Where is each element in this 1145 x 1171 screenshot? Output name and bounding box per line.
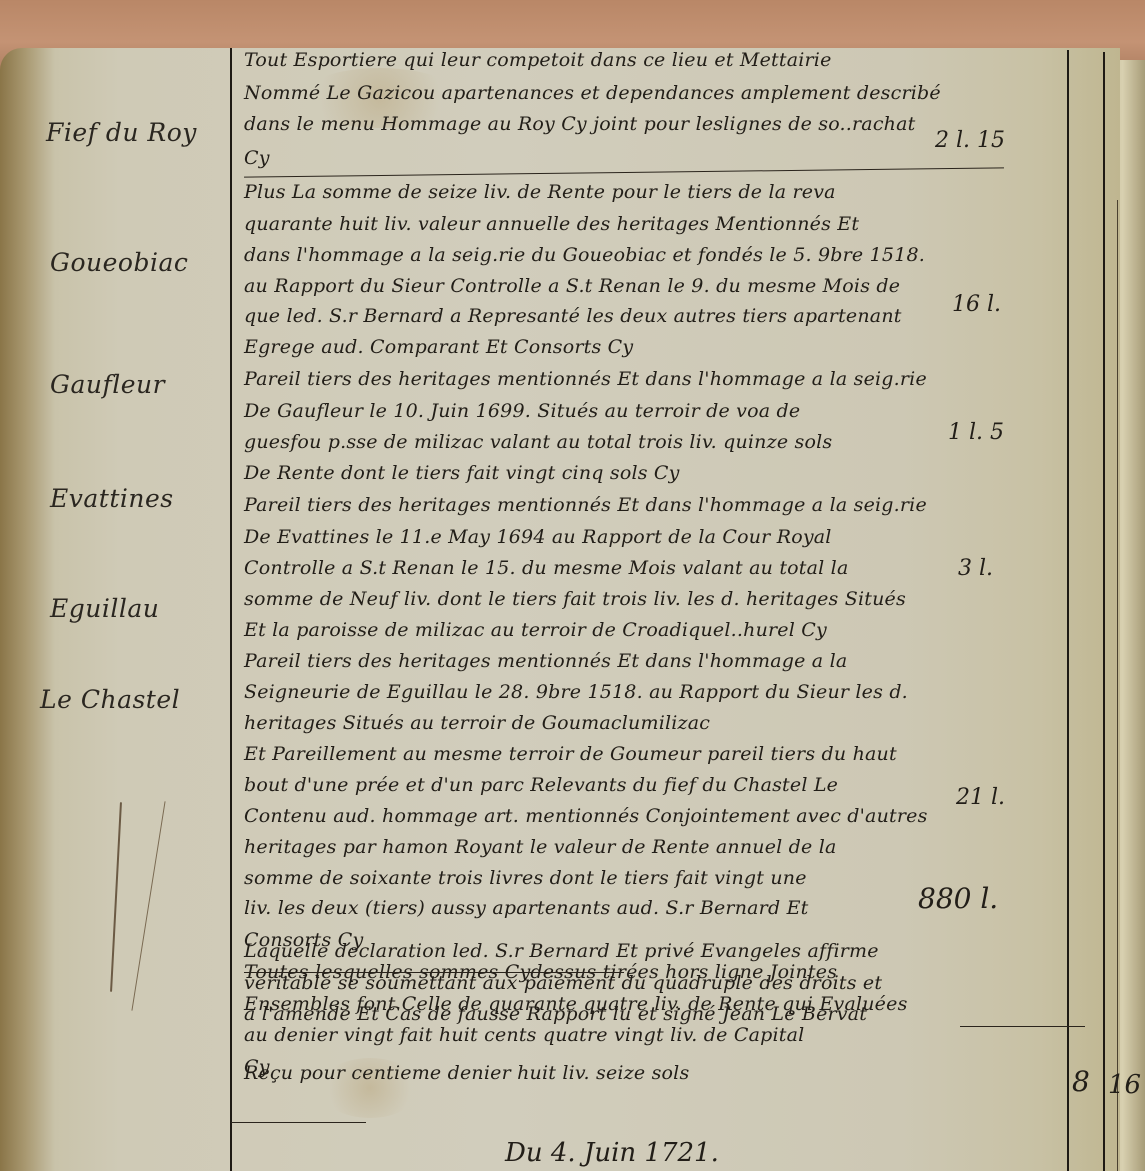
entry-text-line: dans le menu Hommage au Roy Cy joint pou… <box>244 113 915 135</box>
entry-text-line: que led. S.r Bernard a Represanté les de… <box>244 305 902 327</box>
footer-date: Du 4. Juin 1721. <box>505 1138 719 1168</box>
entry-text-line: Egrege aud. Comparant Et Consorts Cy <box>244 336 633 358</box>
entry-text-line: Pareil tiers des heritages mentionnés Et… <box>244 368 927 390</box>
entry-amount: 21 l. <box>956 785 1005 810</box>
entry-text-line: Tout Esportiere qui leur competoit dans … <box>244 49 832 71</box>
sols-total: 16 <box>1108 1070 1141 1100</box>
entry-text-line: Nommé Le Gazicou apartenances et dependa… <box>244 82 941 104</box>
livres-total: 8 <box>1072 1065 1090 1098</box>
entry-text-line: De Rente dont le tiers fait vingt cinq s… <box>244 462 680 484</box>
entry-amount: 880 l. <box>918 882 998 915</box>
entry-text-line: Pareil tiers des heritages mentionnés Et… <box>244 494 927 516</box>
signature-underline <box>960 1026 1085 1027</box>
entry-amount: 2 l. 15 <box>935 128 1005 153</box>
margin-place-name: Fief du Roy <box>46 118 197 147</box>
entry-text-line: au Rapport du Sieur Controlle a S.t Rena… <box>244 275 900 297</box>
entry-text-line: somme de soixante trois livres dont le t… <box>244 867 807 889</box>
entry-text-line: quarante huit liv. valeur annuelle des h… <box>244 213 859 235</box>
margin-place-name: Eguillau <box>50 594 159 623</box>
receipt-line: Reçu pour centieme denier huit liv. seiz… <box>244 1062 689 1084</box>
livres-column-rule <box>1067 50 1069 1171</box>
entry-text-line: Controlle a S.t Renan le 15. du mesme Mo… <box>244 557 848 579</box>
entry-text-line: heritages par hamon Royant le valeur de … <box>244 836 837 858</box>
entry-text-line: au denier vingt fait huit cents quatre v… <box>244 1024 804 1046</box>
entry-text-line: guesfou p.sse de milizac valant au total… <box>244 431 832 453</box>
sols-column-rule <box>1103 52 1105 1171</box>
entry-text-line: liv. les deux (tiers) aussy apartenants … <box>244 897 808 919</box>
entry-separator <box>244 972 624 973</box>
margin-column-rule <box>230 48 232 1171</box>
entry-text-line: De Evattines le 11.e May 1694 au Rapport… <box>244 526 832 548</box>
entry-text-line: Cy <box>244 147 270 169</box>
entry-text-line: Contenu aud. hommage art. mentionnés Con… <box>244 805 928 827</box>
entry-amount: 1 l. 5 <box>948 420 1004 445</box>
entry-text-line: Seigneurie de Eguillau le 28. 9bre 1518.… <box>244 681 908 703</box>
entry-amount: 3 l. <box>958 556 993 581</box>
entry-text-line: Pareil tiers des heritages mentionnés Et… <box>244 650 847 672</box>
declaration-line: a l'amende Et Cas de fausse Rapport lu e… <box>244 1003 867 1025</box>
entry-text-line: bout d'une prée et d'un parc Relevants d… <box>244 774 838 796</box>
entry-text-line: Et la paroisse de milizac au terroir de … <box>244 619 827 641</box>
entry-text-line: De Gaufleur le 10. Juin 1699. Situés au … <box>244 400 800 422</box>
declaration-line: Laquelle declaration led. S.r Bernard Et… <box>244 940 879 962</box>
entry-separator <box>231 1122 366 1123</box>
entry-text-line: heritages Situés au terroir de Goumaclum… <box>244 712 710 734</box>
margin-place-name: Goueobiac <box>50 248 188 277</box>
entry-text-line: Plus La somme de seize liv. de Rente pou… <box>244 181 836 203</box>
declaration-line: veritable se soumettant aux paiement du … <box>244 972 882 994</box>
entry-text-line: dans l'hommage a la seig.rie du Goueobia… <box>244 244 925 266</box>
margin-place-name: Gaufleur <box>50 370 165 399</box>
entry-text-line: Et Pareillement au mesme terroir de Goum… <box>244 743 897 765</box>
entry-text-line: somme de Neuf liv. dont le tiers fait tr… <box>244 588 906 610</box>
margin-place-name: Evattines <box>50 484 174 513</box>
margin-place-name: Le Chastel <box>40 685 180 714</box>
deniers-column-rule <box>1117 200 1118 1171</box>
entry-amount: 16 l. <box>952 292 1001 317</box>
